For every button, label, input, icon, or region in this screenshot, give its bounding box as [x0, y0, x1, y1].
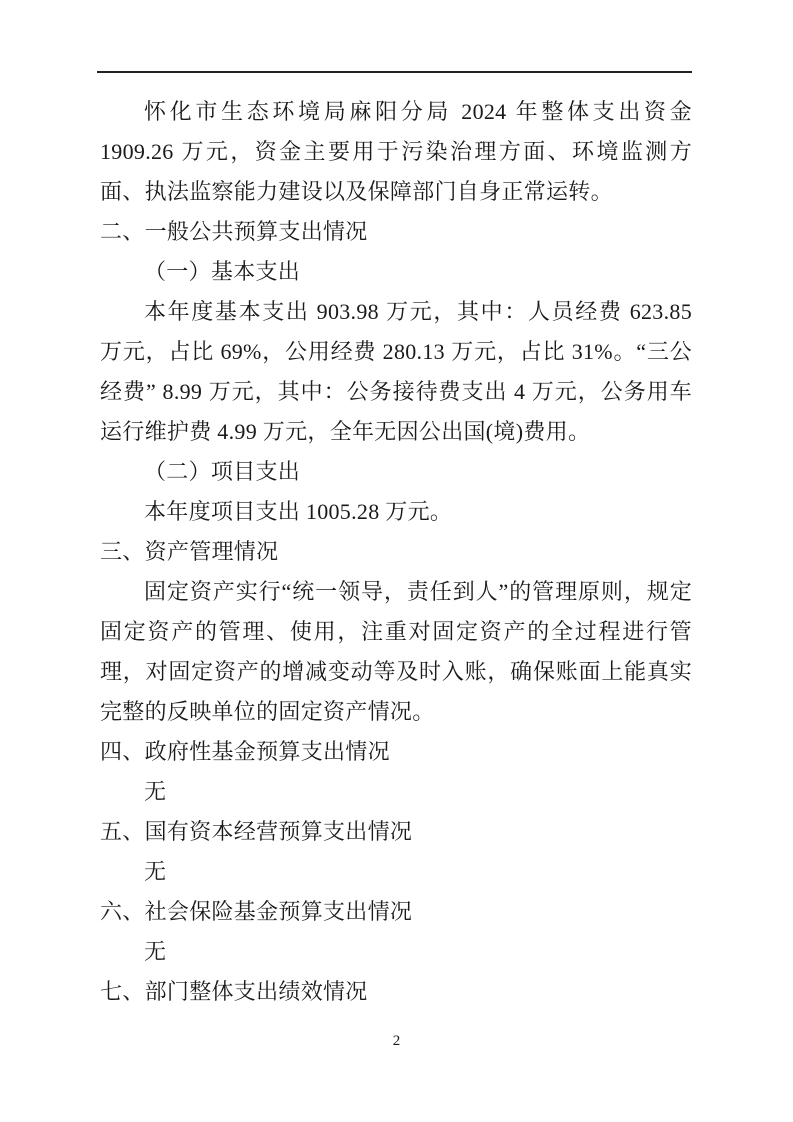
sub-heading-project-expenditure: （二）项目支出	[100, 452, 692, 492]
paragraph-none-social-insurance: 无	[100, 932, 692, 972]
page-footer: 2	[0, 1032, 793, 1050]
paragraph-project-expenditure: 本年度项目支出 1005.28 万元。	[100, 492, 692, 532]
section-heading-social-insurance: 六、社会保险基金预算支出情况	[100, 892, 692, 932]
section-heading-general-budget: 二、一般公共预算支出情况	[100, 212, 692, 252]
paragraph-none-state-capital: 无	[100, 852, 692, 892]
section-heading-government-fund: 四、政府性基金预算支出情况	[100, 732, 692, 772]
section-heading-asset-management: 三、资产管理情况	[100, 532, 692, 572]
sub-heading-basic-expenditure: （一）基本支出	[100, 252, 692, 292]
paragraph-overall-expenditure: 怀化市生态环境局麻阳分局 2024 年整体支出资金 1909.26 万元，资金主…	[100, 92, 692, 212]
paragraph-none-government-fund: 无	[100, 772, 692, 812]
header-rule-divider	[97, 71, 692, 73]
paragraph-basic-expenditure: 本年度基本支出 903.98 万元，其中：人员经费 623.85 万元，占比 6…	[100, 292, 692, 452]
document-body: 怀化市生态环境局麻阳分局 2024 年整体支出资金 1909.26 万元，资金主…	[100, 92, 692, 1012]
page-number: 2	[393, 1033, 401, 1049]
document-page: 怀化市生态环境局麻阳分局 2024 年整体支出资金 1909.26 万元，资金主…	[0, 0, 793, 1122]
paragraph-asset-management: 固定资产实行“统一领导，责任到人”的管理原则，规定固定资产的管理、使用，注重对固…	[100, 572, 692, 732]
section-heading-state-capital: 五、国有资本经营预算支出情况	[100, 812, 692, 852]
section-heading-performance: 七、部门整体支出绩效情况	[100, 972, 692, 1012]
